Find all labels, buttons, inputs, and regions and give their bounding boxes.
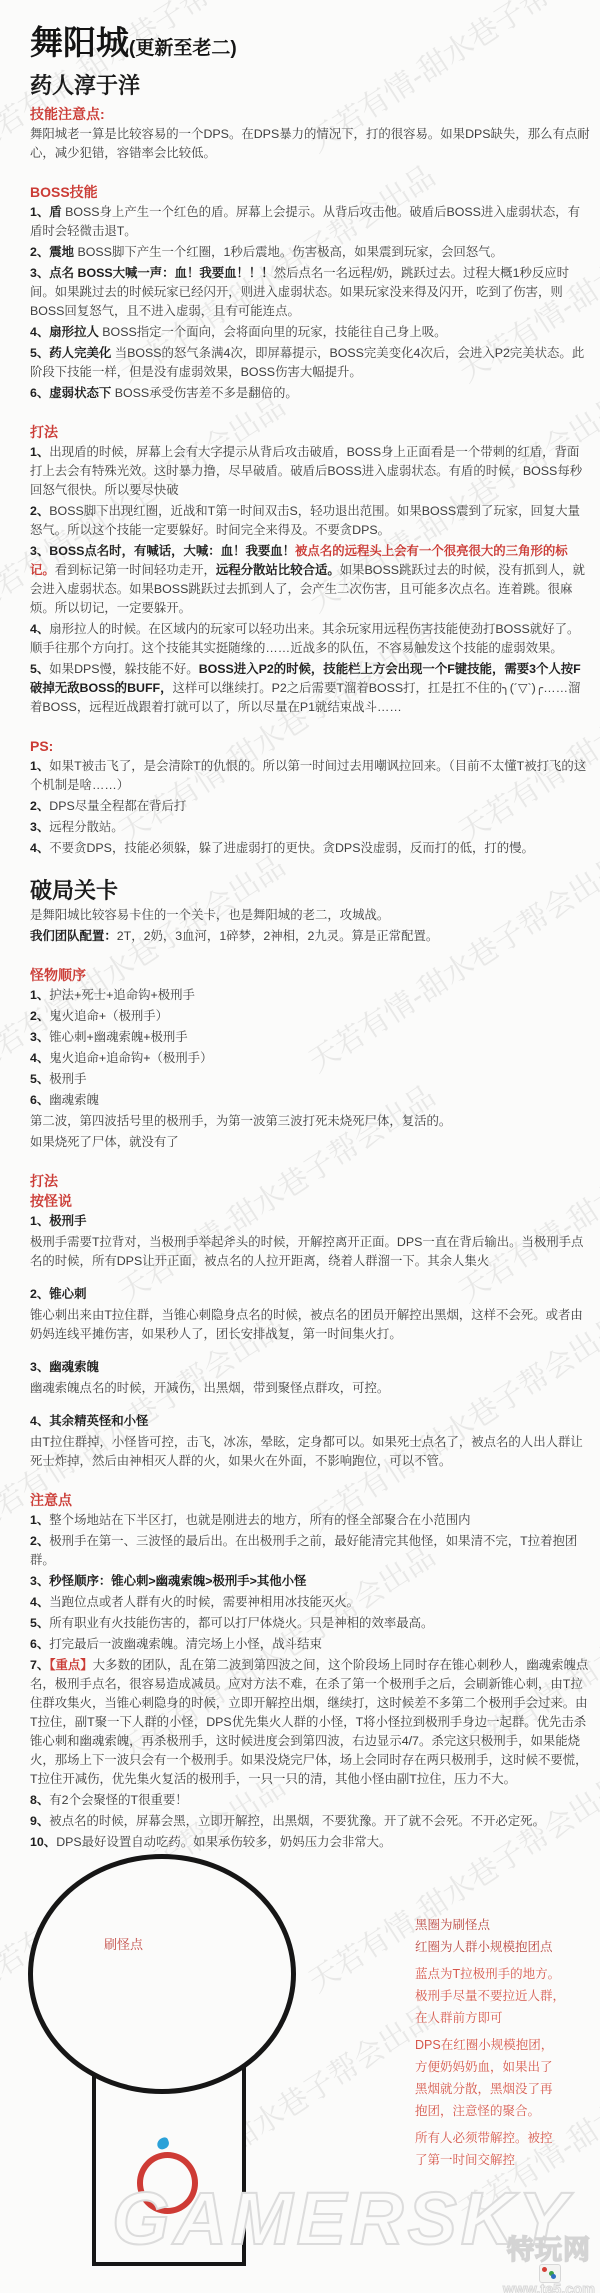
text-segment: 3、点名 BOSS大喊一声：血！我要血！！！	[30, 266, 274, 280]
legend-line: 了第一时间交解控	[415, 2149, 597, 2171]
text-segment: 7、	[30, 1658, 49, 1672]
text-segment: 1、极刑手	[30, 1214, 86, 1228]
page-title: 舞阳城(更新至老二)	[30, 24, 590, 68]
text-segment: 极刑手在第一、三波怪的最后出。在出极刑手之前，最好能清完其他怪，如果清不完，T拉…	[30, 1534, 577, 1567]
text-segment: 大多数的团队，乱在第二波到第四波之间，这个阶段场上同时存在锥心刺秒人，幽魂索魄点…	[30, 1658, 588, 1786]
text-segment: 4、其余精英怪和小怪	[30, 1414, 148, 1428]
paragraph: 3、锥心刺+幽魂索魄+极刑手	[30, 1028, 590, 1047]
paragraph: 1、出现盾的时候，屏幕上会有大字提示从背后攻击破盾，BOSS身上正面看是一个带刺…	[30, 443, 590, 500]
paragraph: 锥心刺出来由T拉住群，当锥心刺隐身点名的时候，被点名的团员开解控出黑烟，这样不会…	[30, 1306, 590, 1344]
title-suffix: (更新至老二)	[129, 38, 237, 59]
text-segment: BOSS技能	[30, 184, 98, 200]
section-tactics-2: 打法	[30, 1172, 590, 1190]
text-segment: 8、	[30, 1793, 49, 1807]
text-segment: 按怪说	[30, 1193, 72, 1209]
boss1-title: 药人淳于洋	[30, 73, 590, 99]
text-segment: 当跑位点或者人群有火的时候，需要神相用冰技能灭火。	[49, 1595, 359, 1609]
text-segment: 打法	[30, 424, 58, 440]
section-tactics-1: 打法	[30, 423, 590, 441]
legend-line: 方便奶妈奶血，如果出了	[415, 2056, 597, 2078]
text-segment: 5、药人完美化	[30, 346, 115, 360]
text-segment: 有2个会聚怪的T很重要！	[49, 1793, 187, 1807]
text-segment: 6、	[30, 1093, 49, 1107]
text-segment: 1、	[30, 988, 49, 1002]
guide-content: 舞阳城(更新至老二)药人淳于洋技能注意点:舞阳城老一算是比较容易的一个DPS。在…	[30, 24, 590, 1852]
paragraph: 如果烧死了尸体，就没有了	[30, 1133, 590, 1152]
text-segment: 出现盾的时候，屏幕上会有大字提示从背后攻击破盾，BOSS身上正面看是一个带刺的红…	[30, 445, 582, 497]
text-segment: 10、	[30, 1835, 56, 1849]
text-segment: PS:	[30, 738, 53, 754]
text-segment: 看到标记第一时间轻功走开，	[55, 563, 216, 577]
text-segment: 鬼火追命+（极刑手）	[49, 1009, 168, 1023]
text-segment: 3、	[30, 1030, 49, 1044]
text-segment: 2、	[30, 1534, 49, 1548]
text-segment: BOSS指定一个面向，会将面向里的玩家，技能往自己身上吸。	[102, 325, 446, 339]
paragraph: 1、护法+死士+追命钩+极刑手	[30, 986, 590, 1005]
paragraph: 5、所有职业有火技能伤害的，都可以打尸体烧火。只是神相的效率最高。	[30, 1614, 590, 1633]
text-segment: 1、	[30, 759, 49, 773]
text-segment: 3、BOSS点名时，有喊话，大喊：血！我要血！	[30, 544, 295, 558]
text-segment: 【重点】	[49, 1658, 92, 1672]
paragraph: 1、极刑手	[30, 1212, 590, 1231]
paragraph: 2、锥心刺	[30, 1285, 590, 1304]
te5-url: www.te5.com	[498, 2283, 600, 2293]
te5-logo-text: 特玩网	[507, 2236, 591, 2264]
text-segment: 4、	[30, 622, 49, 636]
text-segment: BOSS承受伤害差不多是翻倍的。	[115, 386, 298, 400]
text-segment: 第二波，第四波括号里的极刑手，为第一波第三波打死未烧死尸体，复活的。	[30, 1114, 451, 1128]
text-segment: 技能注意点:	[30, 106, 105, 122]
text-segment: 3、秒怪顺序：锥心刺>幽魂索魄>极刑手>其他小怪	[30, 1574, 306, 1588]
paragraph: 3、远程分散站。	[30, 818, 590, 837]
text-segment: 2、	[30, 799, 49, 813]
text-segment: 打完最后一波幽魂索魄。清完场上小怪，战斗结束	[49, 1637, 322, 1651]
legend-line: 红圈为人群小规模抱团点	[415, 1936, 597, 1958]
text-segment: 是舞阳城比较容易卡住的一个关卡，也是舞阳城的老二，攻城战。	[30, 908, 389, 922]
paragraph: 由T拉住群掉，小怪皆可控，击飞，冰冻，晕眩，定身都可以。如果死士点名了，被点名的…	[30, 1433, 590, 1471]
paragraph: 2、DPS尽量全程都在背后打	[30, 797, 590, 816]
paragraph: 3、点名 BOSS大喊一声：血！我要血！！！然后点名一名远程/奶，跳跃过去。过程…	[30, 264, 590, 321]
text-segment: 扇形拉人的时候。在区域内的玩家可以轻功出来。其余玩家用远程伤害技能使劲打BOSS…	[30, 622, 579, 655]
text-segment: DPS尽量全程都在背后打	[49, 799, 186, 813]
text-segment: 所有职业有火技能伤害的，都可以打尸体烧火。只是神相的效率最高。	[49, 1616, 433, 1630]
text-segment: 5、	[30, 1616, 49, 1630]
text-segment: 整个场地站在下半区打，也就是刚进去的地方，所有的怪全部聚合在小范围内	[49, 1513, 470, 1527]
paragraph: 4、鬼火追命+追命钩+（极刑手）	[30, 1049, 590, 1068]
text-segment: 远程分散站比较合适。	[216, 563, 340, 577]
text-segment: 破局关卡	[30, 878, 118, 903]
paragraph: 舞阳城老一算是比较容易的一个DPS。在DPS暴力的情况下，打的很容易。如果DPS…	[30, 125, 590, 163]
text-segment: 2、	[30, 504, 49, 518]
paragraph: 2、震地 BOSS脚下产生一个红圈，1秒后震地。伤害极高，如果震到玩家，会回怒气…	[30, 243, 590, 262]
paragraph: 5、极刑手	[30, 1070, 590, 1089]
text-segment: 2T，2奶，3血河，1碎梦，2神相，2九灵。算是正常配置。	[117, 929, 439, 943]
text-segment: 我们团队配置：	[30, 929, 117, 943]
text-segment: 1、	[30, 1513, 49, 1527]
boss2-title: 破局关卡	[30, 878, 590, 904]
paragraph: 4、其余精英怪和小怪	[30, 1412, 590, 1431]
paragraph: 8、有2个会聚怪的T很重要！	[30, 1791, 590, 1810]
text-segment: 如果DPS慢，躲技能不好。	[49, 662, 198, 676]
text-segment: 注意点	[30, 1492, 72, 1508]
legend-line: 极刑手尽量不要拉近人群，	[415, 1985, 597, 2007]
section-boss-skills: BOSS技能	[30, 183, 590, 201]
paragraph: 4、扇形拉人的时候。在区域内的玩家可以轻功出来。其余玩家用远程伤害技能使劲打BO…	[30, 620, 590, 658]
text-segment: 3、	[30, 820, 49, 834]
paragraph: 5、药人完美化 当BOSS的怒气条满4次，即屏幕提示，BOSS完美变化4次后，会…	[30, 344, 590, 382]
te5-logo: 特玩网 www.te5.com	[498, 2236, 600, 2293]
paragraph: 3、秒怪顺序：锥心刺>幽魂索魄>极刑手>其他小怪	[30, 1572, 590, 1591]
paragraph: 10、DPS最好设置自动吃药。如果承伤较多，奶妈压力会非常大。	[30, 1833, 590, 1852]
text-segment: 5、	[30, 662, 49, 676]
paragraph: 7、【重点】大多数的团队，乱在第二波到第四波之间，这个阶段场上同时存在锥心刺秒人…	[30, 1656, 590, 1789]
paragraph: 极刑手需要T拉背对，当极刑手举起斧头的时候，开解控离开正面。DPS一直在背后输出…	[30, 1233, 590, 1271]
paragraph: 4、当跑位点或者人群有火的时候，需要神相用冰技能灭火。	[30, 1593, 590, 1612]
text-segment: 锥心刺出来由T拉住群，当锥心刺隐身点名的时候，被点名的团员开解控出黑烟，这样不会…	[30, 1308, 583, 1341]
paragraph: 6、幽魂索魄	[30, 1091, 590, 1110]
text-segment: DPS最好设置自动吃药。如果承伤较多，奶妈压力会非常大。	[56, 1835, 391, 1849]
text-segment: 3、幽魂索魄	[30, 1360, 99, 1374]
legend-line: 抱团，注意怪的聚合。	[415, 2100, 597, 2122]
text-segment: BOSS身上产生一个红色的盾。屏幕上会提示。从背后攻击他。破盾后BOSS进入虚弱…	[30, 205, 580, 238]
text-segment: 2、	[30, 1009, 49, 1023]
diagram-legend: 黑圈为刷怪点红圈为人群小规模抱团点蓝点为T拉极刑手的地方。极刑手尽量不要拉近人群…	[415, 1914, 597, 2171]
text-segment: 如果烧死了尸体，就没有了	[30, 1135, 179, 1149]
guide-page: 天若有情-甜水巷子帮会出品天若有情-甜水巷子帮会出品天若有情-甜水巷子帮会出品天…	[0, 0, 600, 2293]
text-segment: 锥心刺+幽魂索魄+极刑手	[49, 1030, 187, 1044]
text-segment: 1、	[30, 445, 49, 459]
paragraph: 4、扇形拉人 BOSS指定一个面向，会将面向里的玩家，技能往自己身上吸。	[30, 323, 590, 342]
section-monster-order: 怪物顺序	[30, 966, 590, 984]
text-segment: 由T拉住群掉，小怪皆可控，击飞，冰冻，晕眩，定身都可以。如果死士点名了，被点名的…	[30, 1435, 583, 1468]
paragraph: 6、打完最后一波幽魂索魄。清完场上小怪，战斗结束	[30, 1635, 590, 1654]
text-segment: 药人淳于洋	[30, 73, 140, 98]
legend-line: 黑烟就分散，黑烟没了再	[415, 2078, 597, 2100]
spawn-point-label: 刷怪点	[104, 1934, 143, 1953]
text-segment: 极刑手需要T拉背对，当极刑手举起斧头的时候，开解控离开正面。DPS一直在背后输出…	[30, 1235, 583, 1268]
text-segment: 6、	[30, 1637, 49, 1651]
text-segment: 6、虚弱状态下	[30, 386, 115, 400]
paragraph: 3、BOSS点名时，有喊话，大喊：血！我要血！被点名的远程头上会有一个很亮很大的…	[30, 542, 590, 618]
text-segment: 2、震地	[30, 245, 78, 259]
section-skill-notes: 技能注意点:	[30, 105, 590, 123]
paragraph: 9、被点名的时候，屏幕会黑，立即开解控，出黑烟，不要犹豫。开了就不会死。不开必定…	[30, 1812, 590, 1831]
paragraph: 是舞阳城比较容易卡住的一个关卡，也是舞阳城的老二，攻城战。	[30, 906, 590, 925]
paragraph: 6、虚弱状态下 BOSS承受伤害差不多是翻倍的。	[30, 384, 590, 403]
text-segment: BOSS脚下产生一个红圈，1秒后震地。伤害极高，如果震到玩家，会回怒气。	[78, 245, 503, 259]
paragraph: 1、整个场地站在下半区打，也就是刚进去的地方，所有的怪全部聚合在小范围内	[30, 1511, 590, 1530]
text-segment: 9、	[30, 1814, 49, 1828]
legend-line: 黑圈为刷怪点	[415, 1914, 597, 1936]
text-segment: 幽魂索魄	[49, 1093, 99, 1107]
text-segment: 护法+死士+追命钩+极刑手	[49, 988, 195, 1002]
text-segment: 极刑手	[49, 1072, 86, 1086]
text-segment: BOSS脚下出现红圈，近战和T第一时间双击S，轻功退出范围。如果BOSS震到了玩…	[30, 504, 580, 537]
paragraph: 2、鬼火追命+（极刑手）	[30, 1007, 590, 1026]
paragraph: 2、BOSS脚下出现红圈，近战和T第一时间双击S，轻功退出范围。如果BOSS震到…	[30, 502, 590, 540]
legend-line: DPS在红圈小规模抱团，	[415, 2034, 597, 2056]
text-segment: 1、盾	[30, 205, 65, 219]
text-segment: 幽魂索魄点名的时候，开减伤，出黑烟，带到聚怪点群攻，可控。	[30, 1381, 389, 1395]
legend-line: 在人群前方即可	[415, 2007, 597, 2029]
text-segment: 2、锥心刺	[30, 1287, 86, 1301]
title-main: 舞阳城	[30, 24, 129, 61]
text-segment: 4、	[30, 841, 49, 855]
paragraph: 幽魂索魄点名的时候，开减伤，出黑烟，带到聚怪点群攻，可控。	[30, 1379, 590, 1398]
legend-line: 蓝点为T拉极刑手的地方。	[415, 1963, 597, 1985]
section-notes: 注意点	[30, 1491, 590, 1509]
text-segment: 5、	[30, 1072, 49, 1086]
text-segment: 4、	[30, 1051, 49, 1065]
text-segment: 舞阳城老一算是比较容易的一个DPS。在DPS暴力的情况下，打的很容易。如果DPS…	[30, 127, 590, 160]
legend-line: 所有人必须带解控。被控	[415, 2127, 597, 2149]
text-segment: 鬼火追命+追命钩+（极刑手）	[49, 1051, 212, 1065]
paragraph: 5、如果DPS慢，躲技能不好。BOSS进入P2的时候，技能栏上方会出现一个F键技…	[30, 660, 590, 717]
text-segment: 远程分散站。	[49, 820, 123, 834]
text-segment: 被点名的时候，屏幕会黑，立即开解控，出黑烟，不要犹豫。开了就不会死。不开必定死。	[49, 1814, 545, 1828]
text-segment: 4、扇形拉人	[30, 325, 102, 339]
paragraph: 4、不要贪DPS，技能必须躲，躲了进虚弱打的更快。贪DPS没虚弱，反而打的低，打…	[30, 839, 590, 858]
section-by-monster: 按怪说	[30, 1192, 590, 1210]
text-segment: 不要贪DPS，技能必须躲，躲了进虚弱打的更快。贪DPS没虚弱，反而打的低，打的慢…	[49, 841, 534, 855]
paragraph: 2、极刑手在第一、三波怪的最后出。在出极刑手之前，最好能清完其他怪，如果清不完，…	[30, 1532, 590, 1570]
text-segment: 4、	[30, 1595, 49, 1609]
spawn-circle	[28, 1854, 296, 2094]
section-ps: PS:	[30, 737, 590, 755]
paragraph: 1、如果T被击飞了，是会清除T的仇恨的。所以第一时间过去用嘲讽拉回来。（目前不太…	[30, 757, 590, 795]
paragraph: 第二波，第四波括号里的极刑手，为第一波第三波打死未烧死尸体，复活的。	[30, 1112, 590, 1131]
paragraph: 我们团队配置：2T，2奶，3血河，1碎梦，2神相，2九灵。算是正常配置。	[30, 927, 590, 946]
text-segment: 打法	[30, 1173, 58, 1189]
text-segment: 怪物顺序	[30, 967, 86, 983]
paragraph: 1、盾 BOSS身上产生一个红色的盾。屏幕上会提示。从背后攻击他。破盾后BOSS…	[30, 203, 590, 241]
paragraph: 3、幽魂索魄	[30, 1358, 590, 1377]
text-segment: 如果T被击飞了，是会清除T的仇恨的。所以第一时间过去用嘲讽拉回来。（目前不太懂T…	[30, 759, 586, 792]
gamepad-icon	[539, 2264, 561, 2283]
